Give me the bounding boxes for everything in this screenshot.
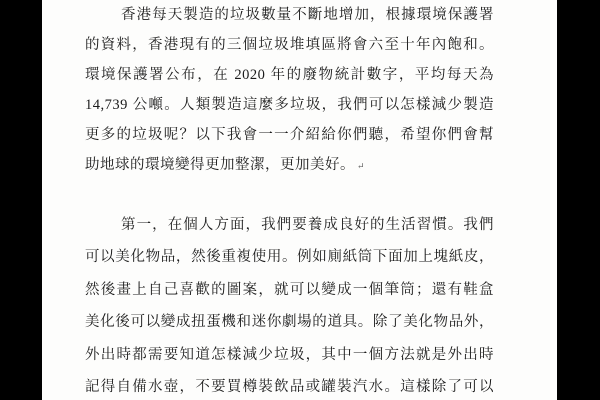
text-line: 可以美化物品，然後重複使用。例如廁紙筒下面加上塊紙皮，: [85, 241, 494, 273]
text-line: 外出時都需要知道怎樣減少垃圾，其中一個方法就是外出時: [85, 339, 494, 371]
text-line: 助地球的環境變得更加整潔，更加美好。↵: [85, 150, 494, 181]
text-line: 14,739 公噸。人類製造這麼多垃圾，我們可以怎樣減少製造: [85, 90, 494, 120]
paragraph-return-icon: ↵: [357, 161, 365, 171]
text-line: 香港每天製造的垃圾數量不斷地增加，根據環境保護署: [85, 0, 494, 30]
scanned-page: 香港每天製造的垃圾數量不斷地增加，根據環境保護署 的資料，香港現有的三個垃圾堆填…: [42, 0, 557, 400]
text-line: 的資料，香港現有的三個垃圾堆填區將會六至十年內飽和。: [85, 30, 494, 60]
paragraph-point-one: 第一，在個人方面，我們要養成良好的生活習慣。我們 可以美化物品，然後重複使用。例…: [85, 209, 494, 400]
text-line: 美化後可以變成扭蛋機和迷你劇場的道具。除了美化物品外，: [85, 306, 494, 338]
text-line: 環境保護署公布，在 2020 年的廢物統計數字，平均每天為: [85, 60, 494, 90]
text-line-text: 助地球的環境變得更加整潔，更加美好。: [85, 157, 355, 173]
text-line: 第一，在個人方面，我們要養成良好的生活習慣。我們: [85, 209, 494, 241]
text-line: 然後畫上自己喜歡的圖案，就可以變成一個筆筒；還有鞋盒: [85, 274, 494, 306]
paragraph-intro: 香港每天製造的垃圾數量不斷地增加，根據環境保護署 的資料，香港現有的三個垃圾堆填…: [85, 0, 494, 181]
text-line: 記得自備水壺，不要買樽裝飲品或罐裝汽水。這樣除了可以: [85, 371, 494, 400]
text-line: 更多的垃圾呢？以下我會一一介紹給你們聽，希望你們會幫: [85, 120, 494, 150]
